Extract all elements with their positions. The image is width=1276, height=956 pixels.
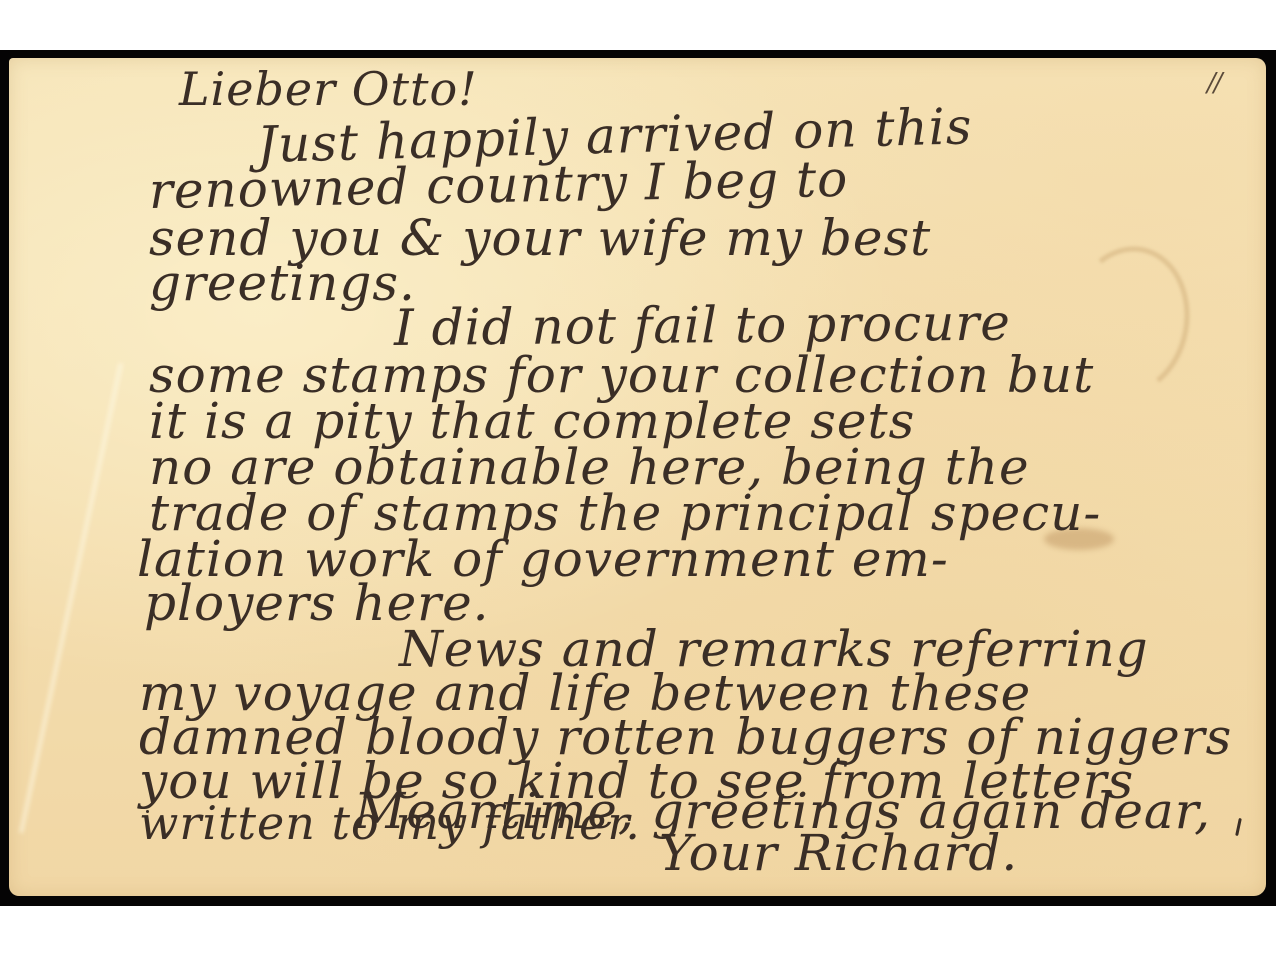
signature: Your Richard. bbox=[659, 828, 1018, 878]
salutation: Lieber Otto! bbox=[179, 66, 478, 112]
letter-line: I did not fail to procure bbox=[394, 298, 1011, 353]
letter-line: renowned country I beg to bbox=[149, 154, 849, 216]
handwritten-letter: Lieber Otto! Just happily arrived on thi… bbox=[9, 58, 1266, 896]
letter-line: greetings. bbox=[149, 258, 416, 308]
ink-speck bbox=[146, 810, 149, 813]
postcard: // Lieber Otto! Just happily arrived on … bbox=[9, 58, 1266, 896]
